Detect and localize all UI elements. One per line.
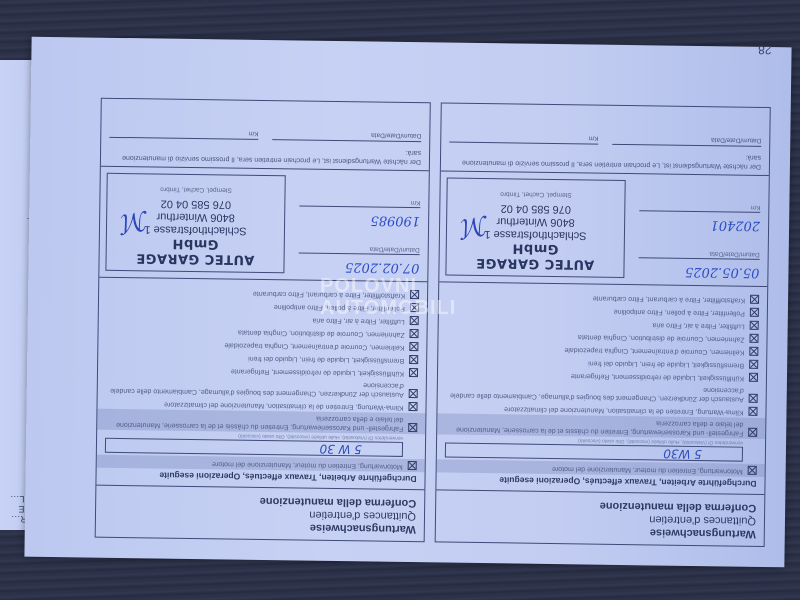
- stamp-section: 07.02.2025 Datum/Date/Data 190985 Km AUT…: [99, 167, 429, 283]
- checkbox-icon: [408, 402, 417, 411]
- checkbox-icon: [750, 295, 759, 304]
- checklist-label: Luftfilter, Filtre à air, Filtro aria: [652, 320, 744, 330]
- checkbox-icon: [409, 355, 418, 364]
- checkbox-icon: [748, 466, 757, 475]
- checkbox-icon: [749, 394, 758, 403]
- checklist-label: Kühlflüssigkeit, Liquide de refroidissem…: [231, 366, 404, 377]
- garage-stamp: AUTEC GARAGE GmbH Schlachthofstrasse 1 8…: [445, 178, 625, 278]
- checkbox-icon: [749, 347, 758, 356]
- card-header: Wartungsnachweise Quittances d'entretien…: [96, 485, 425, 542]
- checklist-label: Motorwartung, Entretien du moteur, Manut…: [212, 459, 403, 470]
- checklist-label: Austausch der Zündkerzen, Changement des…: [106, 377, 404, 398]
- km-label: Km: [299, 197, 420, 208]
- checklist-label: Pollenfilter, Filtre à pollen, Filtro an…: [614, 306, 745, 316]
- next-service-section: Der nächste Wartungsdienst ist, Le proch…: [441, 127, 770, 176]
- checkbox-icon: [409, 342, 418, 351]
- garage-name: AUTEC GARAGE GmbH: [112, 235, 277, 267]
- next-km-field: Km: [109, 127, 258, 140]
- checklist-label: Motorwartung, Entretien du moteur, Manut…: [552, 464, 743, 475]
- odometer-km-value: 190985: [299, 206, 420, 228]
- checklist-label: Klima-Wartung, Entretien de la climatisa…: [504, 404, 744, 416]
- maintenance-record-card: Wartungsnachweise Quittances d'entretien…: [435, 102, 771, 547]
- checklist-label: Klima-Wartung, Entretien de la climatisa…: [164, 399, 404, 411]
- card-header: Wartungsnachweise Quittances d'entretien…: [436, 489, 765, 546]
- next-date-field: Datum/Date/Data: [612, 134, 761, 147]
- checkbox-icon: [748, 407, 757, 416]
- checklist-label: Keilriemen, Courroie d'entraînement, Cin…: [224, 340, 404, 351]
- next-service-text: Der nächste Wartungsdienst ist, Le proch…: [449, 149, 761, 171]
- work-items-list: Motorwartung, Entretien du moteur, Manut…: [437, 288, 768, 477]
- checkbox-icon: [749, 334, 758, 343]
- checklist-label: Fahrgestell- und Karosseriewartung, Entr…: [105, 411, 403, 432]
- next-service-section: Der nächste Wartungsdienst ist, Le proch…: [101, 123, 430, 172]
- checklist-label: Zahnriemen, Courroie de distribution, Ci…: [238, 327, 405, 338]
- checkbox-icon: [409, 329, 418, 338]
- signature-scribble-icon: ℳ: [458, 209, 491, 244]
- checkbox-icon: [408, 461, 417, 470]
- watermark-line: AUTOMOBILI: [320, 297, 456, 319]
- checklist-label: Kraftstofffilter, Filtre à carburant, Fi…: [593, 293, 745, 304]
- signature-scribble-icon: ℳ: [118, 204, 151, 239]
- date-km-fields: 07.02.2025 Datum/Date/Data 190985 Km: [290, 169, 429, 281]
- checkbox-icon: [749, 360, 758, 369]
- service-date-value: 07.02.2025: [298, 253, 419, 275]
- km-label: Km: [639, 202, 760, 213]
- date-km-fields: 05.05.2025 Datum/Date/Data 202401 Km: [630, 174, 769, 286]
- checkbox-icon: [409, 389, 418, 398]
- checklist-label: Bremsflüssigkeit, Liquide de frein, Liqu…: [588, 358, 744, 369]
- date-label: Datum/Date/Data: [639, 249, 760, 260]
- checklist-label: Fahrgestell- und Karosseriewartung, Entr…: [445, 416, 743, 437]
- maintenance-record-card: Wartungsnachweise Quittances d'entretien…: [95, 98, 431, 543]
- date-label: Datum/Date/Data: [299, 244, 420, 255]
- checklist-label: Austausch der Zündkerzen, Changement des…: [446, 382, 744, 403]
- checklist-label: Keilriemen, Courroie d'entraînement, Cin…: [564, 345, 744, 356]
- checkbox-icon: [408, 423, 417, 432]
- watermark-line: POLOVNI: [320, 275, 456, 297]
- checkbox-icon: [750, 321, 759, 330]
- next-date-field: Datum/Date/Data: [272, 129, 421, 142]
- checkbox-icon: [409, 368, 418, 377]
- checklist-label: Bremsflüssigkeit, Liquide de frein, Liqu…: [248, 353, 404, 364]
- checklist-label: Zahnriemen, Courroie de distribution, Ci…: [578, 332, 745, 343]
- watermark: POLOVNI AUTOMOBILI: [320, 275, 456, 319]
- page-number: 28: [758, 43, 772, 57]
- odometer-km-value: 202401: [639, 211, 760, 233]
- checkbox-icon: [748, 428, 757, 437]
- garage-stamp: AUTEC GARAGE GmbH Schlachthofstrasse 1 8…: [105, 173, 285, 273]
- stamp-section: 05.05.2025 Datum/Date/Data 202401 Km AUT…: [439, 171, 769, 287]
- next-km-field: Km: [449, 132, 598, 145]
- checklist-label: Kühlflüssigkeit, Liquide de refroidissem…: [571, 371, 744, 382]
- next-service-text: Der nächste Wartungsdienst ist, Le proch…: [109, 144, 421, 166]
- garage-name: AUTEC GARAGE GmbH: [452, 240, 617, 272]
- stamp-caption: Stempel, Cachet, Timbro: [453, 190, 618, 199]
- checkbox-icon: [750, 308, 759, 317]
- service-date-value: 05.05.2025: [638, 258, 759, 280]
- stamp-caption: Stempel, Cachet, Timbro: [114, 185, 279, 194]
- checkbox-icon: [749, 373, 758, 382]
